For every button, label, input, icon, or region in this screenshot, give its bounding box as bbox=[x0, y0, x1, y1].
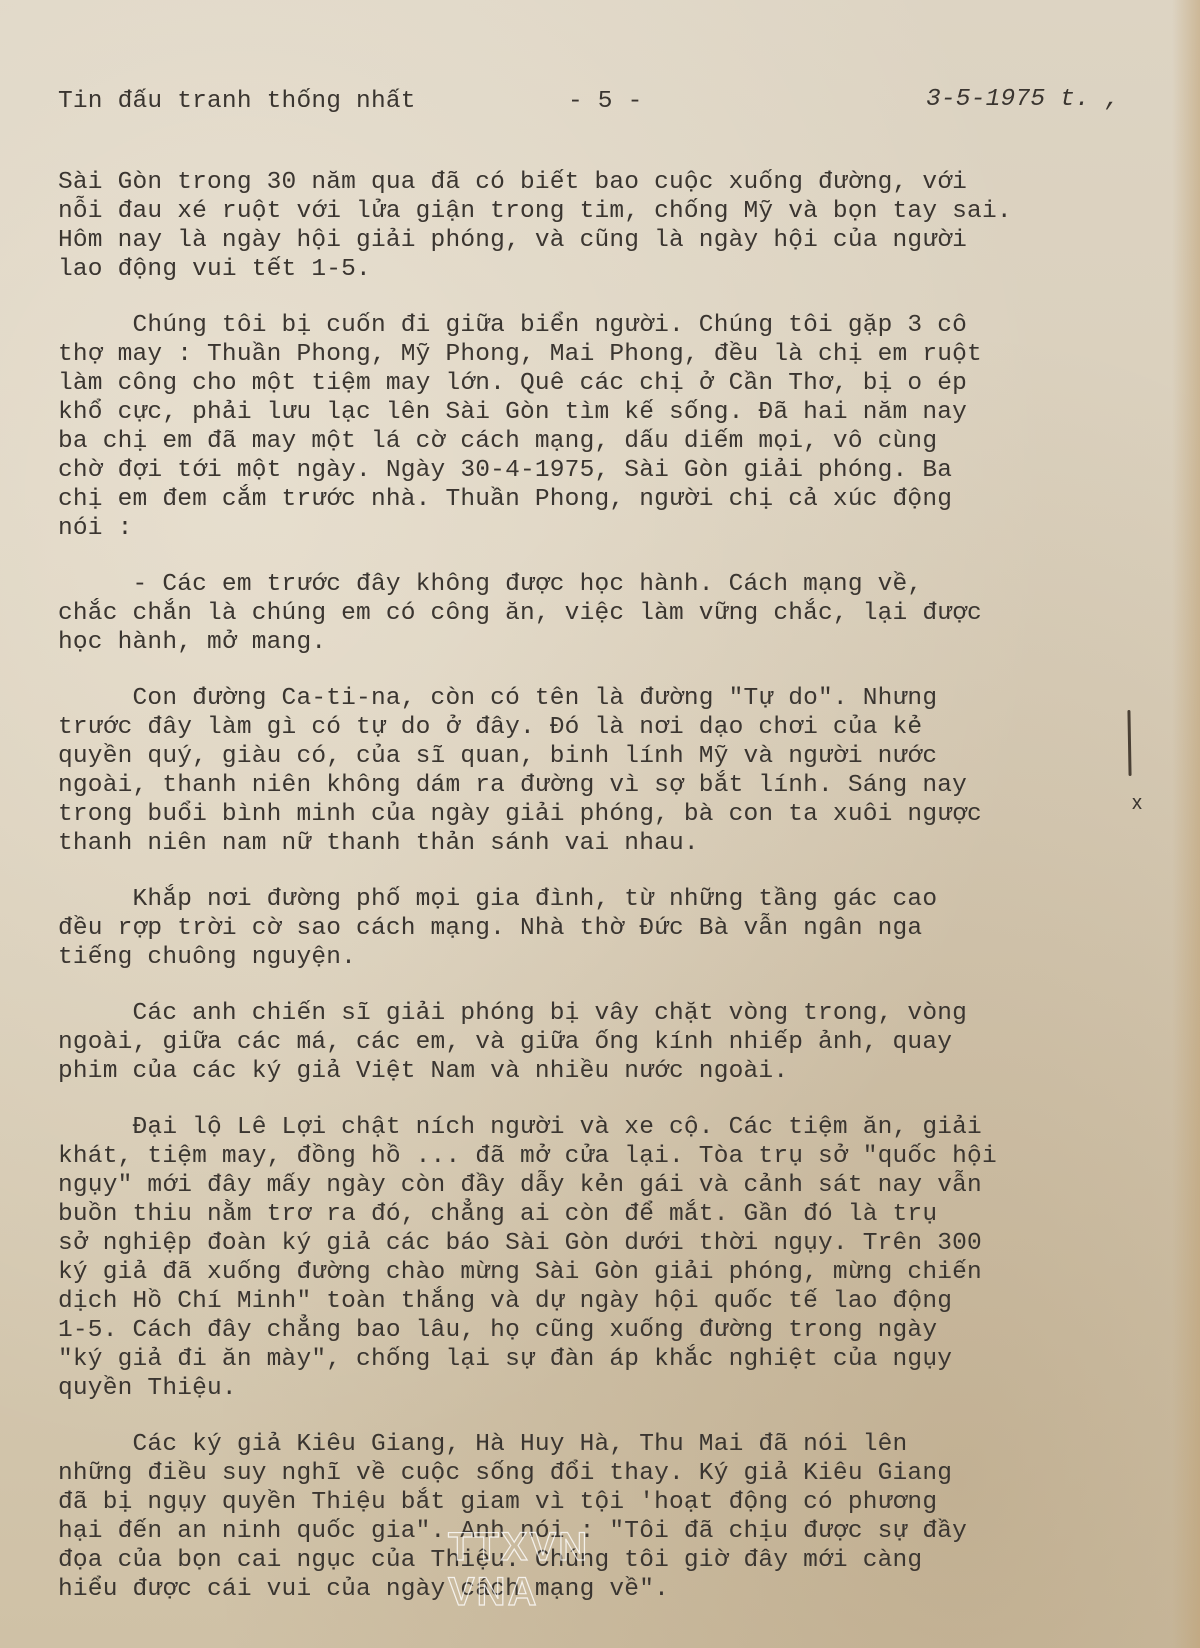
paragraph: Đại lộ Lê Lợi chật ních người và xe cộ. … bbox=[58, 1113, 1118, 1403]
document-header: Tin đấu tranh thống nhất - 5 - 3-5-1975 … bbox=[58, 88, 1148, 124]
text-line: Chúng tôi bị cuốn đi giữa biển người. Ch… bbox=[58, 311, 1118, 340]
text-line: quyền Thiệu. bbox=[58, 1374, 1118, 1403]
text-line: Đại lộ Lê Lợi chật ních người và xe cộ. … bbox=[58, 1113, 1118, 1142]
paragraph: Các ký giả Kiêu Giang, Hà Huy Hà, Thu Ma… bbox=[58, 1430, 1118, 1604]
paper-edge-shadow bbox=[1172, 0, 1200, 1648]
text-line: "ký giả đi ăn mày", chống lại sự đàn áp … bbox=[58, 1345, 1118, 1374]
text-line: lao động vui tết 1-5. bbox=[58, 255, 1118, 284]
text-line: Con đường Ca-ti-na, còn có tên là đường … bbox=[58, 684, 1118, 713]
text-line: - Các em trước đây không được học hành. … bbox=[58, 570, 1118, 599]
text-line: hiểu được cái vui của ngày cách mạng về"… bbox=[58, 1575, 1118, 1604]
paragraph: Các anh chiến sĩ giải phóng bị vây chặt … bbox=[58, 999, 1118, 1086]
text-line: khổ cực, phải lưu lạc lên Sài Gòn tìm kế… bbox=[58, 398, 1118, 427]
paragraph: Sài Gòn trong 30 năm qua đã có biết bao … bbox=[58, 168, 1118, 284]
text-line: ký giả đã xuống đường chào mừng Sài Gòn … bbox=[58, 1258, 1118, 1287]
text-line: chắc chắn là chúng em có công ăn, việc l… bbox=[58, 599, 1118, 628]
paragraph: Con đường Ca-ti-na, còn có tên là đường … bbox=[58, 684, 1118, 858]
text-line: quyền quý, giàu có, của sĩ quan, binh lí… bbox=[58, 742, 1118, 771]
text-line: buồn thiu nằm trơ ra đó, chẳng ai còn để… bbox=[58, 1200, 1118, 1229]
text-line: khát, tiệm may, đồng hồ ... đã mở cửa lạ… bbox=[58, 1142, 1118, 1171]
document-body: Sài Gòn trong 30 năm qua đã có biết bao … bbox=[58, 168, 1118, 1631]
text-line: học hành, mở mang. bbox=[58, 628, 1118, 657]
text-line: đã bị ngụy quyền Thiệu bắt giam vì tội '… bbox=[58, 1488, 1118, 1517]
text-line: chờ đợi tới một ngày. Ngày 30-4-1975, Sà… bbox=[58, 456, 1118, 485]
text-line: Sài Gòn trong 30 năm qua đã có biết bao … bbox=[58, 168, 1118, 197]
page-number: - 5 - bbox=[568, 88, 643, 115]
text-line: ba chị em đã may một lá cờ cách mạng, dấ… bbox=[58, 427, 1118, 456]
agency-watermark: TTXVN VNA bbox=[448, 1525, 618, 1573]
paragraph: Chúng tôi bị cuốn đi giữa biển người. Ch… bbox=[58, 311, 1118, 543]
text-line: sở nghiệp đoàn ký giả các báo Sài Gòn dư… bbox=[58, 1229, 1118, 1258]
text-line: Các ký giả Kiêu Giang, Hà Huy Hà, Thu Ma… bbox=[58, 1430, 1118, 1459]
text-line: nói : bbox=[58, 514, 1118, 543]
text-line: thanh niên nam nữ thanh thản sánh vai nh… bbox=[58, 829, 1118, 858]
margin-cross-mark: x bbox=[1132, 792, 1142, 815]
text-line: phim của các ký giả Việt Nam và nhiều nư… bbox=[58, 1057, 1118, 1086]
text-line: 1-5. Cách đây chẳng bao lâu, họ cũng xuố… bbox=[58, 1316, 1118, 1345]
text-line: ngoài, thanh niên không dám ra đường vì … bbox=[58, 771, 1118, 800]
text-line: trước đây làm gì có tự do ở đây. Đó là n… bbox=[58, 713, 1118, 742]
text-line: ngoài, giữa các má, các em, và giữa ống … bbox=[58, 1028, 1118, 1057]
text-line: thợ may : Thuần Phong, Mỹ Phong, Mai Pho… bbox=[58, 340, 1118, 369]
text-line: nỗi đau xé ruột với lửa giận trong tim, … bbox=[58, 197, 1118, 226]
text-line: trong buổi bình minh của ngày giải phóng… bbox=[58, 800, 1118, 829]
text-line: tiếng chuông nguyện. bbox=[58, 943, 1118, 972]
text-line: Khắp nơi đường phố mọi gia đình, từ nhữn… bbox=[58, 885, 1118, 914]
paragraph: - Các em trước đây không được học hành. … bbox=[58, 570, 1118, 657]
text-line: Các anh chiến sĩ giải phóng bị vây chặt … bbox=[58, 999, 1118, 1028]
text-line: những điều suy nghĩ về cuộc sống đổi tha… bbox=[58, 1459, 1118, 1488]
text-line: ngụy" mới đây mấy ngày còn đầy dẫy kẻn g… bbox=[58, 1171, 1118, 1200]
text-line: Hôm nay là ngày hội giải phóng, và cũng … bbox=[58, 226, 1118, 255]
document-date: 3-5-1975 t. , bbox=[926, 86, 1120, 113]
text-line: chị em đem cắm trước nhà. Thuần Phong, n… bbox=[58, 485, 1118, 514]
text-line: dịch Hồ Chí Minh" toàn thắng và dự ngày … bbox=[58, 1287, 1118, 1316]
paragraph: Khắp nơi đường phố mọi gia đình, từ nhữn… bbox=[58, 885, 1118, 972]
text-line: làm công cho một tiệm may lớn. Quê các c… bbox=[58, 369, 1118, 398]
bulletin-title: Tin đấu tranh thống nhất bbox=[58, 88, 416, 115]
text-line: đều rợp trời cờ sao cách mạng. Nhà thờ Đ… bbox=[58, 914, 1118, 943]
